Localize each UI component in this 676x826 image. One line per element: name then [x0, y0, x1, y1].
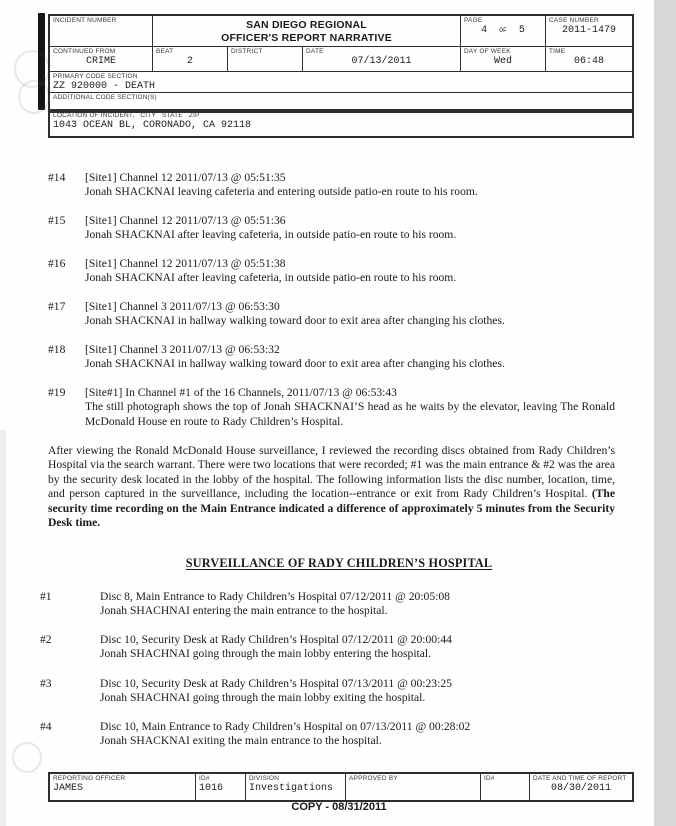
- report-header-table: INCIDENT NUMBER SAN DIEGO REGIONAL OFFIC…: [48, 14, 634, 113]
- item-number: #17: [48, 300, 85, 329]
- scan-edge-strip-left: [0, 430, 6, 826]
- time-value: 06:48: [549, 56, 629, 68]
- scan-artifact-ring: [12, 742, 42, 773]
- case-number-label: CASE NUMBER: [549, 17, 629, 25]
- officer-id-field: ID# 1016: [195, 774, 245, 800]
- scan-edge-strip-right: [654, 0, 676, 826]
- report-title-line2: OFFICER'S REPORT NARRATIVE: [156, 32, 457, 45]
- approved-by-field: APPROVED BY: [345, 774, 480, 800]
- location-value: 1043 OCEAN BL, CORONADO, CA 92118: [53, 120, 629, 132]
- list-item: #2 Disc 10, Security Desk at Rady Childr…: [40, 633, 600, 662]
- beat-value: 2: [156, 56, 224, 68]
- item-line1: [Site1] Channel 12 2011/07/13 @ 05:51:36: [85, 214, 593, 228]
- date-label: DATE: [306, 48, 457, 56]
- location-label: LOCATION OF INCIDENT, CITY STATE ZIP: [53, 112, 629, 120]
- case-number-value: 2011-1479: [549, 25, 629, 37]
- item-line2: The still photograph shows the top of Jo…: [85, 400, 615, 429]
- list-item: #15 [Site1] Channel 12 2011/07/13 @ 05:5…: [48, 214, 593, 243]
- report-title: SAN DIEGO REGIONAL OFFICER'S REPORT NARR…: [152, 16, 460, 46]
- officer-id-value: 1016: [199, 783, 242, 795]
- item-number: #18: [48, 343, 85, 372]
- continued-from-value: CRIME: [53, 56, 149, 68]
- district-field: DISTRICT: [227, 47, 302, 71]
- item-line1: [Site1] Channel 12 2011/07/13 @ 05:51:38: [85, 257, 593, 271]
- page-label: PAGE: [464, 17, 542, 25]
- district-label: DISTRICT: [231, 48, 299, 56]
- approver-id-label: ID#: [484, 775, 526, 783]
- list-item: #19 [Site#1] In Channel #1 of the 16 Cha…: [48, 386, 615, 429]
- additional-code-label: ADDITIONAL CODE SECTION(S): [53, 94, 629, 102]
- item-line2: Jonah SHACKNAI in hallway walking toward…: [85, 357, 593, 371]
- item-line1: Disc 10, Main Entrance to Rady Children’…: [100, 720, 600, 734]
- approver-id-field: ID#: [480, 774, 529, 800]
- day-of-week-field: DAY OF WEEK Wed: [460, 47, 545, 71]
- division-field: DIVISION Investigations: [245, 774, 345, 800]
- report-footer-table: REPORTING OFFICER JAMES ID# 1016 DIVISIO…: [48, 772, 634, 802]
- report-date-field: DATE AND TIME OF REPORT 08/30/2011: [529, 774, 632, 800]
- item-line1: [Site1] Channel 3 2011/07/13 @ 06:53:32: [85, 343, 593, 357]
- primary-code-label: PRIMARY CODE SECTION: [53, 73, 629, 81]
- location-box: LOCATION OF INCIDENT, CITY STATE ZIP 104…: [48, 109, 634, 138]
- list-item: #18 [Site1] Channel 3 2011/07/13 @ 06:53…: [48, 343, 593, 372]
- time-label: TIME: [549, 48, 629, 56]
- item-number: #4: [40, 720, 100, 749]
- reporting-officer-value: JAMES: [53, 783, 192, 795]
- item-number: #15: [48, 214, 85, 243]
- page-value: 4 OF 5: [464, 25, 542, 37]
- division-value: Investigations: [249, 783, 342, 795]
- paragraph-normal-text: After viewing the Ronald McDonald House …: [48, 444, 615, 500]
- continued-from-label: CONTINUED FROM: [53, 48, 149, 56]
- incident-number-field: INCIDENT NUMBER: [50, 16, 152, 46]
- beat-label: BEAT: [156, 48, 224, 56]
- item-line2: Jonah SHACKNAI after leaving cafeteria, …: [85, 271, 593, 285]
- item-line1: Disc 10, Security Desk at Rady Children’…: [100, 633, 600, 647]
- report-date-value: 08/30/2011: [533, 783, 629, 795]
- location-field: LOCATION OF INCIDENT, CITY STATE ZIP 104…: [50, 111, 632, 136]
- reporting-officer-field: REPORTING OFFICER JAMES: [50, 774, 195, 800]
- item-line2: Jonah SHACKNAI in hallway walking toward…: [85, 314, 593, 328]
- item-number: #1: [40, 590, 100, 619]
- item-line1: [Site#1] In Channel #1 of the 16 Channel…: [85, 386, 615, 400]
- report-date-label: DATE AND TIME OF REPORT: [533, 775, 629, 783]
- list-item: #3 Disc 10, Security Desk at Rady Childr…: [40, 677, 600, 706]
- division-label: DIVISION: [249, 775, 342, 783]
- scan-artifact-ring: [18, 80, 50, 114]
- item-number: #3: [40, 677, 100, 706]
- day-of-week-label: DAY OF WEEK: [464, 48, 542, 56]
- beat-field: BEAT 2: [152, 47, 227, 71]
- approved-by-label: APPROVED BY: [349, 775, 477, 783]
- incident-number-label: INCIDENT NUMBER: [53, 17, 149, 25]
- report-title-line1: SAN DIEGO REGIONAL: [156, 19, 457, 32]
- item-number: #2: [40, 633, 100, 662]
- case-number-field: CASE NUMBER 2011-1479: [545, 16, 632, 46]
- header-row-1: INCIDENT NUMBER SAN DIEGO REGIONAL OFFIC…: [50, 16, 632, 46]
- list-item: #1 Disc 8, Main Entrance to Rady Childre…: [40, 590, 600, 619]
- item-line2: Jonah SHACKNAI exiting the main entrance…: [100, 734, 600, 748]
- item-line2: Jonah SHACKNAI after leaving cafeteria, …: [85, 228, 593, 242]
- header-row-3: PRIMARY CODE SECTION ZZ 920000 - DEATH: [50, 71, 632, 92]
- item-line1: Disc 10, Security Desk at Rady Children’…: [100, 677, 600, 691]
- item-line2: Jonah SHACKNAI leaving cafeteria and ent…: [85, 185, 593, 199]
- item-line2: Jonah SHACHNAI entering the main entranc…: [100, 604, 600, 618]
- time-field: TIME 06:48: [545, 47, 632, 71]
- list-item: #14 [Site1] Channel 12 2011/07/13 @ 05:5…: [48, 171, 593, 200]
- item-line2: Jonah SHACHNAI going through the main lo…: [100, 691, 600, 705]
- item-line1: [Site1] Channel 3 2011/07/13 @ 06:53:30: [85, 300, 593, 314]
- narrative-paragraph: After viewing the Ronald McDonald House …: [48, 444, 615, 530]
- primary-code-field: PRIMARY CODE SECTION ZZ 920000 - DEATH: [50, 72, 632, 92]
- item-line2: Jonah SHACHNAI going through the main lo…: [100, 647, 600, 661]
- item-number: #16: [48, 257, 85, 286]
- item-number: #14: [48, 171, 85, 200]
- reporting-officer-label: REPORTING OFFICER: [53, 775, 192, 783]
- date-field: DATE 07/13/2011: [302, 47, 460, 71]
- list-item: #17 [Site1] Channel 3 2011/07/13 @ 06:53…: [48, 300, 593, 329]
- continued-from-field: CONTINUED FROM CRIME: [50, 47, 152, 71]
- page-field: PAGE 4 OF 5: [460, 16, 545, 46]
- item-number: #19: [48, 386, 85, 429]
- officer-id-label: ID#: [199, 775, 242, 783]
- item-line1: Disc 8, Main Entrance to Rady Children’s…: [100, 590, 600, 604]
- report-page: INCIDENT NUMBER SAN DIEGO REGIONAL OFFIC…: [0, 0, 676, 826]
- item-line1: [Site1] Channel 12 2011/07/13 @ 05:51:35: [85, 171, 593, 185]
- copy-stamp: COPY - 08/31/2011: [48, 801, 630, 813]
- day-of-week-value: Wed: [464, 56, 542, 68]
- section-heading: SURVEILLANCE OF RADY CHILDREN’S HOSPITAL: [48, 556, 630, 570]
- list-item: #4 Disc 10, Main Entrance to Rady Childr…: [40, 720, 600, 749]
- date-value: 07/13/2011: [306, 56, 457, 68]
- primary-code-value: ZZ 920000 - DEATH: [53, 81, 629, 92]
- header-row-2: CONTINUED FROM CRIME BEAT 2 DISTRICT DAT…: [50, 46, 632, 71]
- list-item: #16 [Site1] Channel 12 2011/07/13 @ 05:5…: [48, 257, 593, 286]
